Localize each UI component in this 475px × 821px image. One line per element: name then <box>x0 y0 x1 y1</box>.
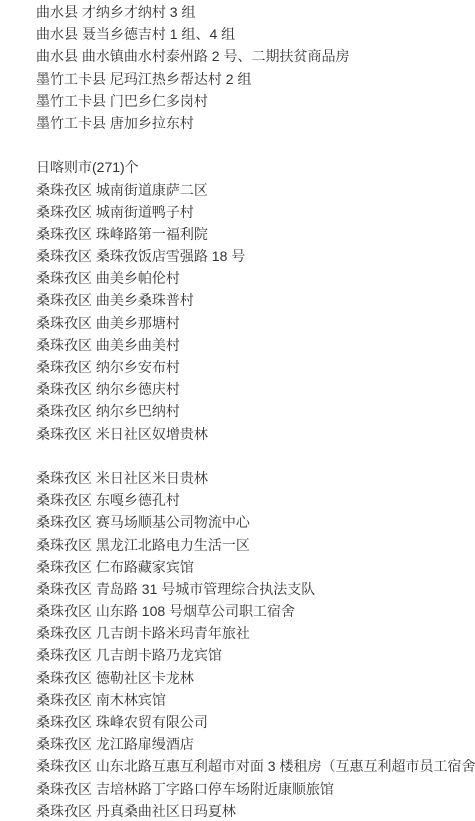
address-line: 桑珠孜区 纳尔乡安布村 <box>36 356 475 378</box>
address-list: 曲水县 才纳乡才纳村 3 组曲水县 聂当乡德吉村 1 组、4 组曲水县 曲水镇曲… <box>36 1 475 821</box>
address-line: 桑珠孜区 吉培林路丁字路口停车场附近康顺旅馆 <box>36 778 475 800</box>
address-line: 桑珠孜区 曲美乡曲美村 <box>36 334 475 356</box>
document-page: 曲水县 才纳乡才纳村 3 组曲水县 聂当乡德吉村 1 组、4 组曲水县 曲水镇曲… <box>0 0 475 821</box>
address-line: 桑珠孜区 丹真桑曲社区日玛夏林 <box>36 800 475 821</box>
address-line: 桑珠孜区 青岛路 31 号城市管理综合执法支队 <box>36 578 475 600</box>
address-line: 桑珠孜区 纳尔乡德庆村 <box>36 378 475 400</box>
address-line: 桑珠孜区 德勒社区卡龙林 <box>36 667 475 689</box>
section-header: 日喀则市(271)个 <box>36 156 475 178</box>
address-line: 曲水县 曲水镇曲水村泰州路 2 号、二期扶贫商品房 <box>36 45 475 67</box>
address-line: 桑珠孜区 纳尔乡巴纳村 <box>36 400 475 422</box>
address-line: 桑珠孜区 城南街道康萨二区 <box>36 179 475 201</box>
address-line: 桑珠孜区 桑珠孜饭店雪强路 18 号 <box>36 245 475 267</box>
address-line: 桑珠孜区 曲美乡桑珠普村 <box>36 289 475 311</box>
blank-line <box>36 134 475 156</box>
address-line: 桑珠孜区 山东路 108 号烟草公司职工宿舍 <box>36 600 475 622</box>
address-line: 桑珠孜区 几吉朗卡路乃龙宾馆 <box>36 644 475 666</box>
address-line: 桑珠孜区 曲美乡那塘村 <box>36 312 475 334</box>
address-line: 桑珠孜区 米日社区奴增贵林 <box>36 423 475 445</box>
address-line: 桑珠孜区 东嘎乡德孔村 <box>36 489 475 511</box>
address-line: 桑珠孜区 黑龙江北路电力生活一区 <box>36 534 475 556</box>
address-line: 桑珠孜区 仁布路藏家宾馆 <box>36 556 475 578</box>
address-line: 桑珠孜区 龙江路扉缦酒店 <box>36 733 475 755</box>
address-line: 曲水县 聂当乡德吉村 1 组、4 组 <box>36 23 475 45</box>
address-line: 桑珠孜区 几吉朗卡路米玛青年旅社 <box>36 622 475 644</box>
address-line: 桑珠孜区 山东北路互惠互利超市对面 3 楼租房（互惠互利超市员工宿舍） <box>36 755 475 777</box>
address-line: 墨竹工卡县 门巴乡仁多岗村 <box>36 90 475 112</box>
address-line: 桑珠孜区 米日社区米日贵林 <box>36 467 475 489</box>
address-line: 墨竹工卡县 尼玛江热乡帮达村 2 组 <box>36 68 475 90</box>
blank-line <box>36 445 475 467</box>
address-line: 桑珠孜区 城南街道鸭子村 <box>36 201 475 223</box>
address-line: 桑珠孜区 赛马场顺基公司物流中心 <box>36 511 475 533</box>
address-line: 墨竹工卡县 唐加乡拉东村 <box>36 112 475 134</box>
address-line: 桑珠孜区 珠峰路第一福利院 <box>36 223 475 245</box>
address-line: 桑珠孜区 珠峰农贸有限公司 <box>36 711 475 733</box>
address-line: 桑珠孜区 曲美乡帕伦村 <box>36 267 475 289</box>
address-line: 桑珠孜区 南木林宾馆 <box>36 689 475 711</box>
address-line: 曲水县 才纳乡才纳村 3 组 <box>36 1 475 23</box>
